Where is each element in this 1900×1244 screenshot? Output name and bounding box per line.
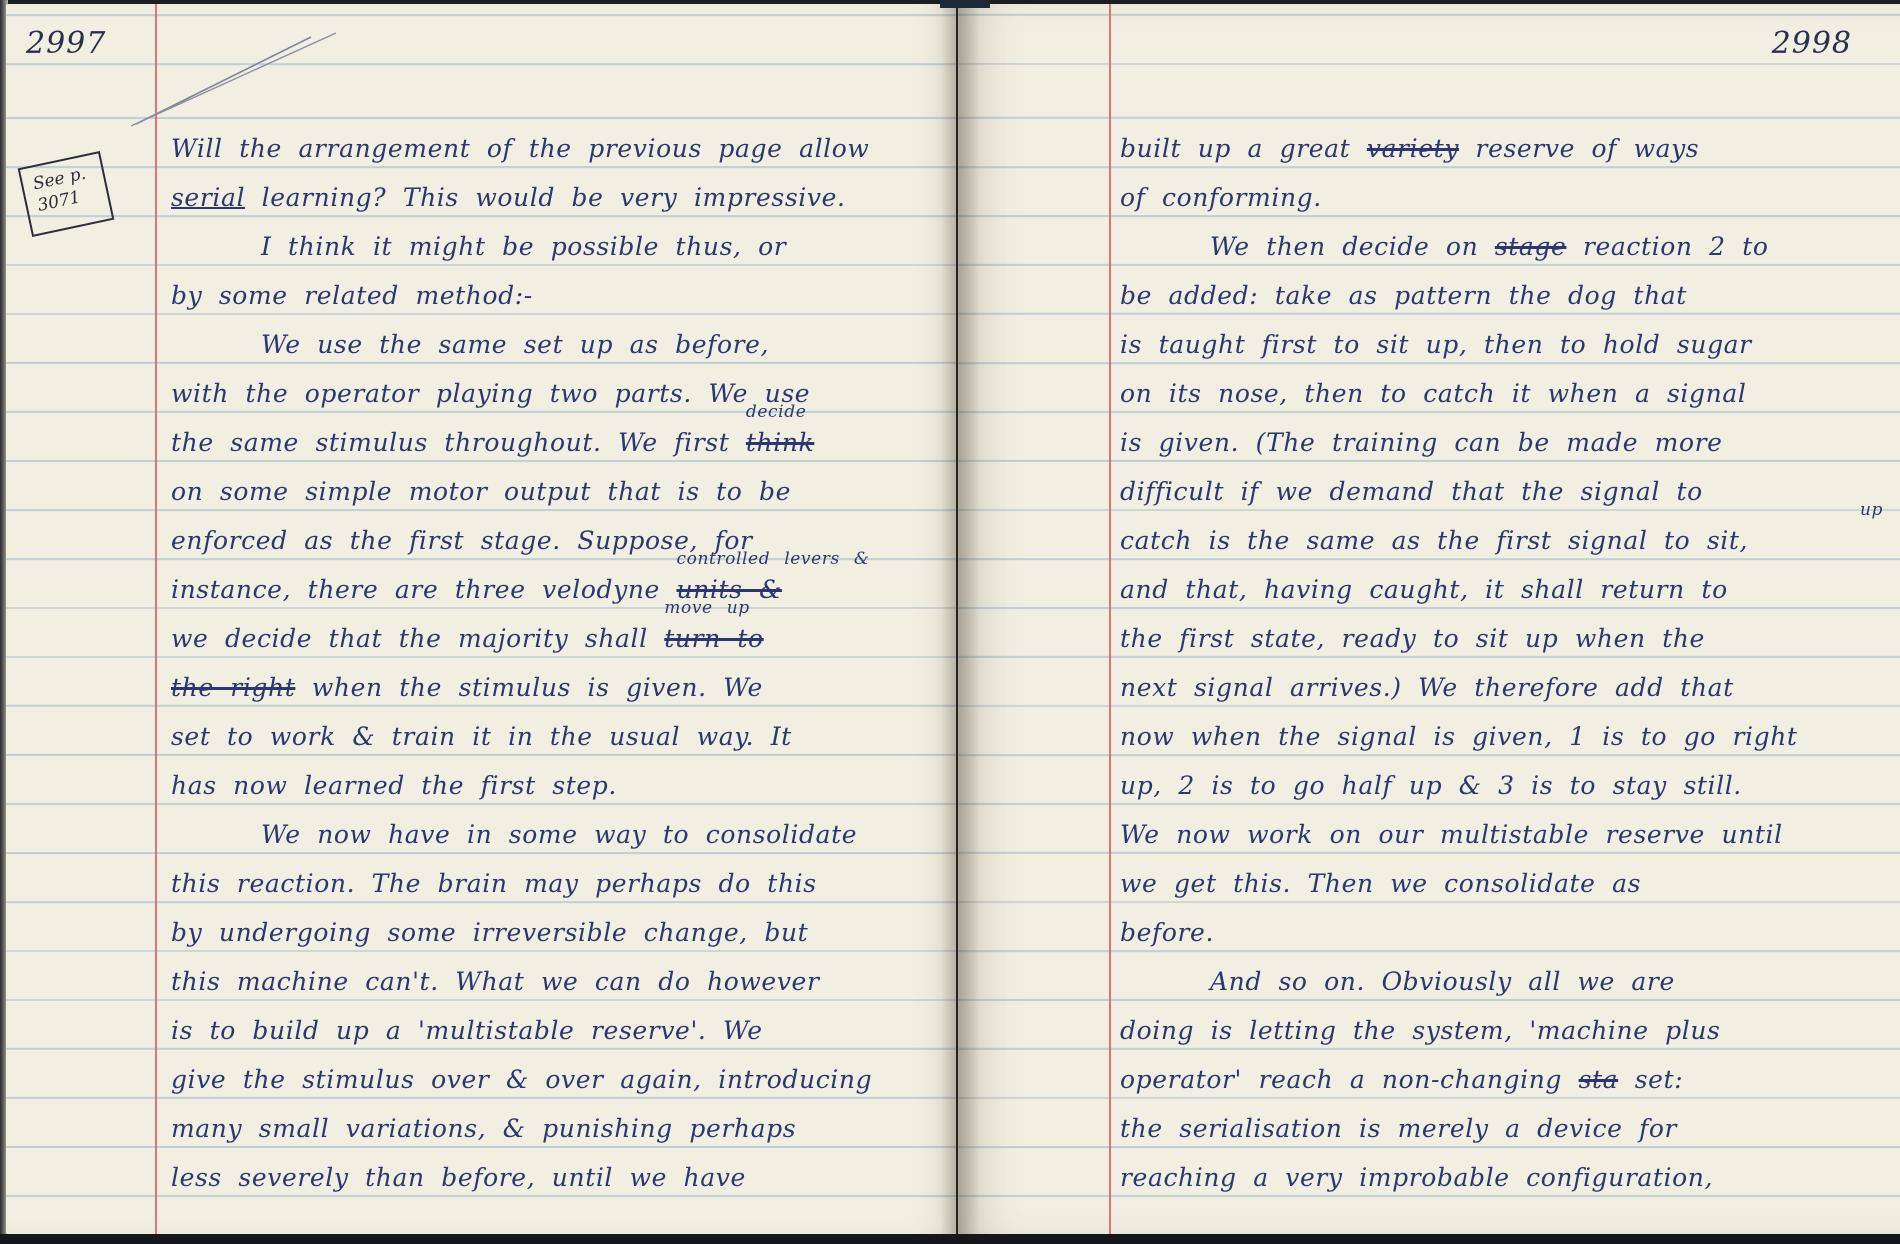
text-line: Will the arrangement of the previous pag… (171, 129, 951, 178)
line-text: reserve of ways (1459, 134, 1699, 163)
line-text: catch is the same as the first signal to… (1120, 526, 1740, 555)
struck-through-word: think (746, 428, 814, 457)
text-line: by some related method:- (171, 276, 951, 325)
text-line: operator' reach a non-changing sta set: (1120, 1060, 1890, 1109)
line-text: with the operator playing two parts. We … (171, 379, 810, 408)
line-text: the first state, ready to sit up when th… (1120, 624, 1705, 653)
text-line: set to work & train it in the usual way.… (171, 717, 951, 766)
inserted-correction: decide (746, 403, 806, 421)
line-text: of conforming. (1120, 183, 1322, 212)
cross-reference-note: See p. 3071 (18, 151, 115, 237)
margin-line (1109, 4, 1111, 1234)
handwritten-text: Will the arrangement of the previous pag… (171, 129, 951, 1207)
text-line: of conforming. (1120, 178, 1890, 227)
line-text: many small variations, & punishing perha… (171, 1114, 796, 1143)
line-text: , (1740, 526, 1749, 555)
line-text: on its nose, then to catch it when a sig… (1120, 379, 1746, 408)
struck-through-word: sta (1579, 1065, 1619, 1094)
text-line: next signal arrives.) We therefore add t… (1120, 668, 1890, 717)
text-line: give the stimulus over & over again, int… (171, 1060, 951, 1109)
text-line: the right when the stimulus is given. We (171, 668, 951, 717)
line-text: by some related method:- (171, 281, 533, 310)
text-line: before. (1120, 913, 1890, 962)
text-line: We now work on our multistable reserve u… (1120, 815, 1890, 864)
line-text: less severely than before, until we have (171, 1163, 746, 1192)
line-text: reaction 2 to (1566, 232, 1768, 261)
text-line: difficult if we demand that the signal t… (1120, 472, 1890, 521)
text-line: catch is the same as the first signal to… (1120, 521, 1890, 570)
line-text: We use the same set up as before, (261, 330, 769, 359)
line-text: And so on. Obviously all we are (1210, 967, 1675, 996)
text-line: we get this. Then we consolidate as (1120, 864, 1890, 913)
text-line: reaching a very improbable configuration… (1120, 1158, 1890, 1207)
margin-line (155, 4, 157, 1234)
text-line: on some simple motor output that is to b… (171, 472, 951, 521)
line-text: this machine can't. What we can do howev… (171, 967, 820, 996)
line-text: We now have in some way to consolidate (261, 820, 857, 849)
text-line: now when the signal is given, 1 is to go… (1120, 717, 1890, 766)
line-text: on some simple motor output that is to b… (171, 477, 791, 506)
inserted-correction: up (1860, 501, 1883, 519)
line-text: built up a great (1120, 134, 1367, 163)
text-line: by undergoing some irreversible change, … (171, 913, 951, 962)
text-line: we decide that the majority shall turn t… (171, 619, 951, 668)
line-text: next signal arrives.) We therefore add t… (1120, 673, 1734, 702)
text-line: And so on. Obviously all we are (1120, 962, 1890, 1011)
struck-through-word: the right (171, 673, 295, 702)
line-text: I think it might be possible thus, or (261, 232, 786, 261)
book-bottom-edge (0, 1234, 1900, 1244)
text-line: has now learned the first step. (171, 766, 951, 815)
text-line: up, 2 is to go half up & 3 is to stay st… (1120, 766, 1890, 815)
page-number: 2998 (1772, 26, 1852, 61)
text-line: is taught first to sit up, then to hold … (1120, 325, 1890, 374)
text-line: doing is letting the system, 'machine pl… (1120, 1011, 1890, 1060)
line-text: this reaction. The brain may perhaps do … (171, 869, 817, 898)
line-text: instance, there are three velodyne (171, 575, 676, 604)
line-text: before. (1120, 918, 1214, 947)
line-text: learning? This would be very impressive. (245, 183, 845, 212)
struck-through-word: stage (1495, 232, 1567, 261)
line-text: has now learned the first step. (171, 771, 617, 800)
line-text: We now work on our multistable reserve u… (1120, 820, 1783, 849)
page-number: 2997 (26, 26, 106, 61)
line-text: enforced as the first stage. Suppose, fo… (171, 526, 753, 555)
pencil-strokes-icon (131, 29, 341, 129)
left-page: 2997 See p. 3071 Will the arrangement of… (6, 4, 956, 1234)
underlined-word: serial (171, 183, 245, 212)
line-text: doing is letting the system, 'machine pl… (1120, 1016, 1720, 1045)
inserted-correction: controlled levers & (676, 550, 869, 568)
line-text: reaching a very improbable configuration… (1120, 1163, 1713, 1192)
line-text: by undergoing some irreversible change, … (171, 918, 808, 947)
line-text: is to build up a 'multistable reserve'. … (171, 1016, 763, 1045)
text-line: built up a great variety reserve of ways (1120, 129, 1890, 178)
struck-through-word: turn to (664, 624, 763, 653)
text-line: instance, there are three velodyne units… (171, 570, 951, 619)
line-text: we get this. Then we consolidate as (1120, 869, 1641, 898)
text-line: We then decide on stage reaction 2 to (1120, 227, 1890, 276)
line-text: the same stimulus throughout. We first (171, 428, 746, 457)
text-line: this machine can't. What we can do howev… (171, 962, 951, 1011)
line-text: set to work & train it in the usual way.… (171, 722, 792, 751)
line-text: Will the arrangement of the previous pag… (171, 134, 869, 163)
text-line: the first state, ready to sit up when th… (1120, 619, 1890, 668)
text-line: be added: take as pattern the dog that (1120, 276, 1890, 325)
line-text: we decide that the majority shall (171, 624, 664, 653)
line-text: up, 2 is to go half up & 3 is to stay st… (1120, 771, 1742, 800)
text-line: serial learning? This would be very impr… (171, 178, 951, 227)
line-text: is taught first to sit up, then to hold … (1120, 330, 1752, 359)
inserted-correction: move up (664, 599, 749, 617)
line-text: the serialisation is merely a device for (1120, 1114, 1677, 1143)
text-line: the serialisation is merely a device for (1120, 1109, 1890, 1158)
line-text: set: (1618, 1065, 1683, 1094)
text-line: is to build up a 'multistable reserve'. … (171, 1011, 951, 1060)
line-text: give the stimulus over & over again, int… (171, 1065, 872, 1094)
line-text: and that, having caught, it shall return… (1120, 575, 1728, 604)
text-line: many small variations, & punishing perha… (171, 1109, 951, 1158)
line-text: operator' reach a non-changing (1120, 1065, 1579, 1094)
line-text: now when the signal is given, 1 is to go… (1120, 722, 1798, 751)
text-line: and that, having caught, it shall return… (1120, 570, 1890, 619)
text-line: I think it might be possible thus, or (171, 227, 951, 276)
line-text: be added: take as pattern the dog that (1120, 281, 1687, 310)
text-line: We now have in some way to consolidate (171, 815, 951, 864)
line-text: We then decide on (1210, 232, 1495, 261)
text-line: less severely than before, until we have (171, 1158, 951, 1207)
line-text: when the stimulus is given. We (295, 673, 762, 702)
text-line: We use the same set up as before, (171, 325, 951, 374)
line-text: difficult if we demand that the signal t… (1120, 477, 1703, 506)
text-line: this reaction. The brain may perhaps do … (171, 864, 951, 913)
handwritten-text: built up a great variety reserve of ways… (1120, 129, 1890, 1207)
right-page: 2998 built up a great variety reserve of… (958, 4, 1900, 1234)
binding-tape (940, 0, 990, 8)
text-line: with the operator playing two parts. We … (171, 374, 951, 423)
struck-through-word: variety (1367, 134, 1459, 163)
notebook-spread: 2997 See p. 3071 Will the arrangement of… (0, 0, 1900, 1244)
text-line: on its nose, then to catch it when a sig… (1120, 374, 1890, 423)
line-text: is given. (The training can be made more (1120, 428, 1723, 457)
text-line: the same stimulus throughout. We first t… (171, 423, 951, 472)
text-line: is given. (The training can be made more (1120, 423, 1890, 472)
